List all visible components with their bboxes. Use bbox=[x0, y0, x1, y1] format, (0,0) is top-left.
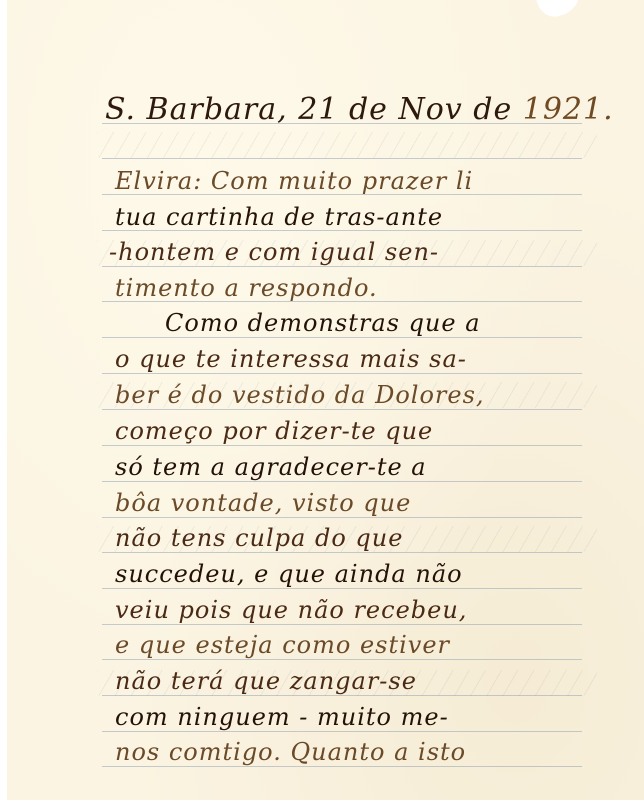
letter-line: -hontem e com igual sen- bbox=[109, 237, 644, 267]
heading-place: S. Barbara, bbox=[105, 92, 288, 127]
paper-tear bbox=[536, 0, 583, 19]
letter-line: timento a respondo. bbox=[115, 273, 644, 303]
heading-year: 1921. bbox=[523, 92, 614, 127]
letter-line: o que te interessa mais sa- bbox=[115, 344, 644, 374]
letter-line: e que esteja como estiver bbox=[115, 630, 644, 660]
letter-heading: S. Barbara, 21 de Nov de 1921. bbox=[105, 92, 644, 127]
letter-line: Elvira: Com muito prazer li bbox=[115, 166, 644, 196]
ruled-line bbox=[102, 158, 582, 159]
heading-date: 21 de Nov de bbox=[298, 92, 512, 127]
letter-line: não tens culpa do que bbox=[115, 523, 644, 553]
letter-line: só tem a agradecer-te a bbox=[115, 452, 644, 482]
letter-page: S. Barbara, 21 de Nov de 1921. Elvira: C… bbox=[7, 0, 644, 800]
letter-line: não terá que zangar-se bbox=[115, 666, 644, 696]
letter-line: veiu pois que não recebeu, bbox=[115, 595, 644, 625]
letter-line: nos comtigo. Quanto a isto bbox=[115, 737, 644, 767]
letter-line: ber é do vestido da Dolores, bbox=[115, 380, 644, 410]
letter-line: começo por dizer-te que bbox=[115, 416, 644, 446]
letter-line: com ninguem - muito me- bbox=[115, 702, 644, 732]
letter-line: Como demonstras que a bbox=[165, 308, 644, 338]
letter-line: tua cartinha de tras-ante bbox=[115, 202, 644, 232]
ink-bleed-through bbox=[97, 132, 597, 158]
letter-line: succedeu, e que ainda não bbox=[115, 559, 644, 589]
letter-line: bôa vontade, visto que bbox=[115, 488, 644, 518]
